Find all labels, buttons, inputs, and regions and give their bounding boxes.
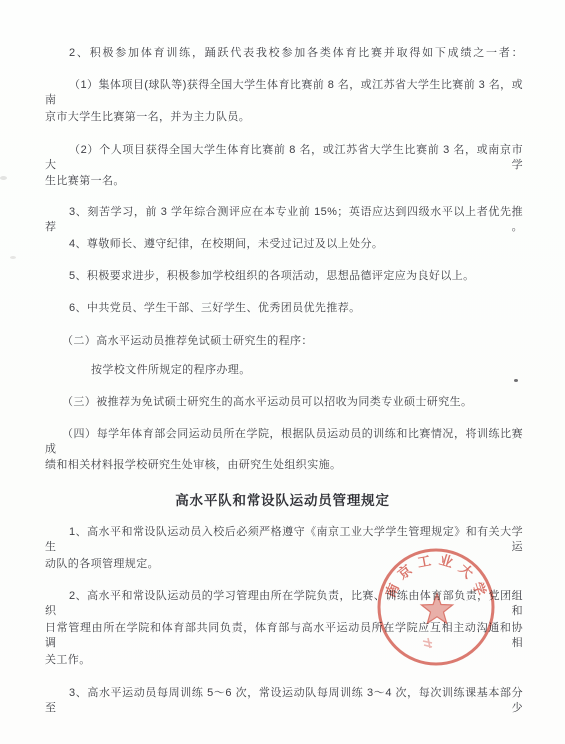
text-line: 6、中共党员、学生干部、三好学生、优秀团员优先推荐。 — [45, 301, 523, 316]
university-seal-stamp: 南京工业大学 — [371, 542, 501, 672]
scan-smudge — [10, 256, 16, 259]
text-line: （1）集体项目(球队等)获得全国大学生体育比赛前 8 名，或江苏省大学生比赛前 … — [45, 78, 523, 108]
text-line: （二）高水平运动员推荐免试硕士研究生的程序： — [45, 334, 523, 349]
text-line: 3、刻苦学习，前 3 学年综合测评应在本专业前 15%；英语应达到四级水平以上者… — [45, 205, 523, 235]
text-line: 生比赛第一名。 — [45, 174, 523, 189]
scanned-document-page: 2、积极参加体育训练，踊跃代表我校参加各类体育比赛并取得如下成绩之一者： （1）… — [0, 0, 565, 744]
section-heading: 高水平队和常设队运动员管理规定 — [0, 489, 565, 509]
text-line: 3、高水平运动员每周训练 5～6 次，常设运动队每周训练 3～4 次，每次训练课… — [45, 686, 523, 716]
text-line: （2）个人项目获得全国大学生体育比赛前 8 名，或江苏省大学生比赛前 3 名，或… — [45, 143, 523, 173]
scan-smudge — [0, 176, 7, 180]
seal-graphic: 南京工业大学 — [371, 542, 501, 672]
text-line: 4、尊敬师长、遵守纪律，在校期间，未受过记过及以上处分。 — [45, 237, 523, 252]
text-line: 绩和相关材料报学校研究生处审核，由研究生处组织实施。 — [45, 458, 523, 473]
scan-speck — [514, 379, 518, 382]
text-line: （三）被推荐为免试硕士研究生的高水平运动员可以招收为同类专业硕士研究生。 — [45, 395, 523, 410]
star-icon — [421, 594, 452, 624]
seal-bottom-mark — [423, 638, 432, 648]
text-line: 按学校文件所规定的程序办理。 — [45, 363, 523, 378]
text-line: 京市大学生比赛第一名，并为主力队员。 — [45, 110, 523, 125]
text-line: 2、积极参加体育训练，踊跃代表我校参加各类体育比赛并取得如下成绩之一者： — [45, 46, 523, 61]
text-line: 5、积极要求进步，积极参加学校组织的各项活动，思想品德评定应为良好以上。 — [45, 269, 523, 284]
text-line: （四）每学年体育部会同运动员所在学院，根据队员运动员的训练和比赛情况，将训练比赛… — [45, 427, 523, 457]
